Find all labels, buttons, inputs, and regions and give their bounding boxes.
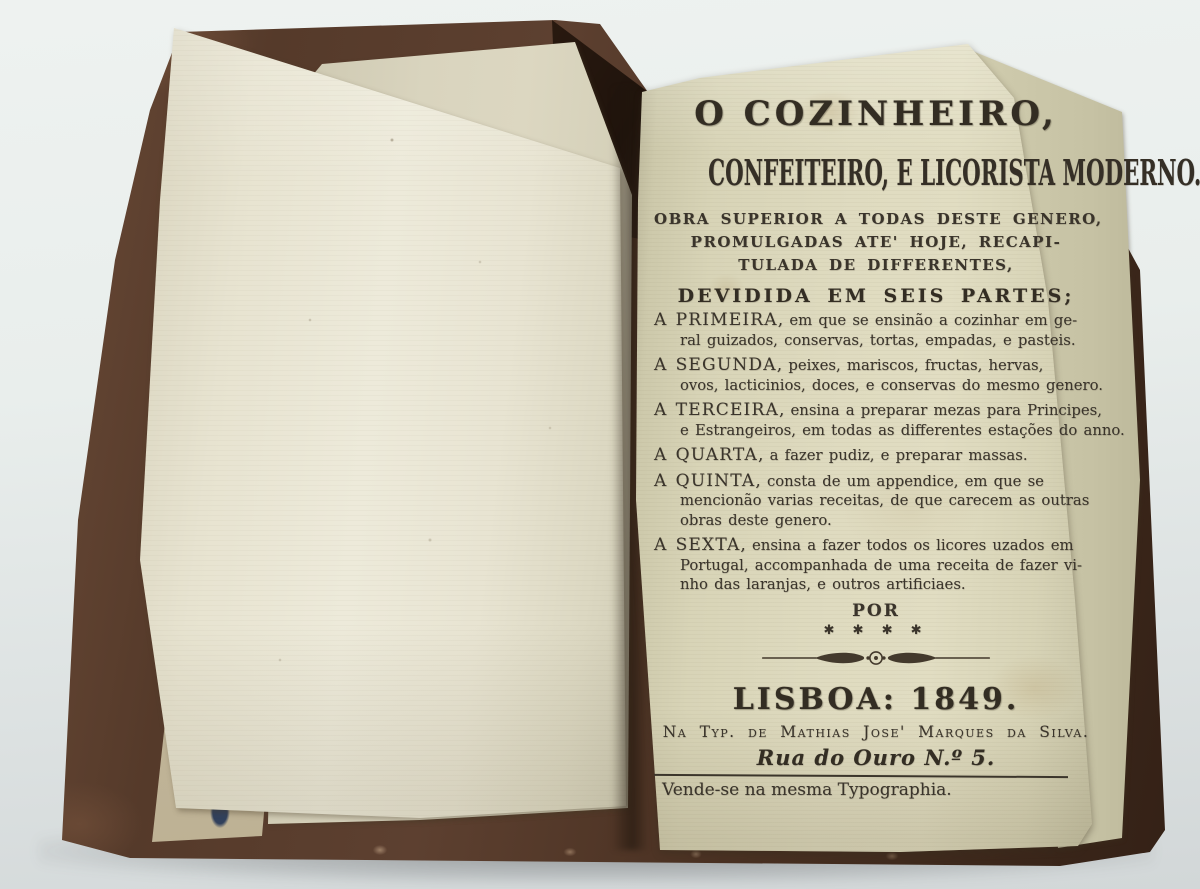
part-text: mencionão varias receitas, de que carece… (654, 491, 1098, 511)
part-text: e Estrangeiros, em todas as differentes … (654, 421, 1098, 441)
ornament-row (654, 646, 1098, 674)
subtitle-line-1: OBRA SUPERIOR A TODAS DESTE GENERO, (654, 208, 1098, 231)
byline-stars: ✱ ✱ ✱ ✱ (654, 623, 1098, 638)
divider-rule (654, 773, 1068, 777)
part-entry-primeira: A PRIMEIRA,em que se ensinão a cozinhar … (654, 311, 1098, 350)
title-page-text: O COZINHEIRO, CONFEITEIRO, E LICORISTA M… (640, 40, 1110, 840)
title-line-1: O COZINHEIRO, (654, 94, 1098, 134)
seller-note: Vende-se na mesma Typographia. (654, 780, 1098, 800)
part-text: ovos, lacticinios, doces, e conservas do… (654, 376, 1098, 396)
place-date-line: LISBOA: 1849. (654, 682, 1098, 717)
byline-label: POR (654, 601, 1098, 621)
division-heading: DEVIDIDA EM SEIS PARTES; (654, 285, 1098, 307)
title-line-2-text: CONFEITEIRO, E LICORISTA MODERNO. (708, 144, 1200, 205)
part-text: peixes, mariscos, fructas, hervas, (788, 357, 1043, 374)
part-text: a fazer pudiz, e preparar massas. (770, 447, 1028, 464)
part-lead: A QUINTA, (654, 471, 762, 491)
part-text: nho das laranjas, e outros artificiaes. (654, 575, 1098, 595)
part-text: Portugal, accompanhada de uma receita de… (654, 556, 1098, 576)
parts-list: A PRIMEIRA,em que se ensinão a cozinhar … (654, 311, 1098, 595)
part-text: ensina a fazer todos os licores uzados e… (752, 537, 1073, 554)
part-entry-sexta: A SEXTA,ensina a fazer todos os licores … (654, 536, 1098, 595)
part-text: em que se ensinão a cozinhar em ge- (789, 312, 1077, 329)
part-text: ral guizados, conservas, tortas, empadas… (654, 331, 1098, 351)
part-entry-terceira: A TERCEIRA,ensina a preparar mezas para … (654, 401, 1098, 440)
typographic-ornament-icon (758, 646, 994, 670)
printer-line: Na Typ. de Mathias Jose' Marques da Silv… (654, 723, 1098, 741)
part-entry-segunda: A SEGUNDA,peixes, mariscos, fructas, her… (654, 356, 1098, 395)
part-lead: A SEXTA, (654, 535, 747, 555)
part-lead: A SEGUNDA, (654, 355, 783, 375)
printer-address-line: Rua do Ouro N.º 5. (654, 745, 1098, 770)
part-entry-quarta: A QUARTA,a fazer pudiz, e preparar massa… (654, 446, 1098, 466)
part-lead: A QUARTA, (654, 445, 765, 465)
part-entry-quinta: A QUINTA,consta de um appendice, em que … (654, 472, 1098, 531)
book-photograph: O COZINHEIRO, CONFEITEIRO, E LICORISTA M… (0, 0, 1200, 889)
part-lead: A TERCEIRA, (654, 400, 786, 420)
part-text: consta de um appendice, em que se (767, 473, 1044, 490)
title-line-2: CONFEITEIRO, E LICORISTA MODERNO. (654, 152, 1098, 196)
subtitle-line-3: TULADA DE DIFFERENTES, (654, 254, 1098, 277)
part-text: obras deste genero. (654, 511, 1098, 531)
part-lead: A PRIMEIRA, (654, 310, 784, 330)
subtitle-block: OBRA SUPERIOR A TODAS DESTE GENERO, PROM… (654, 208, 1098, 277)
part-text: ensina a preparar mezas para Principes, (791, 402, 1102, 419)
subtitle-line-2: PROMULGADAS ATE' HOJE, RECAPI- (654, 231, 1098, 254)
